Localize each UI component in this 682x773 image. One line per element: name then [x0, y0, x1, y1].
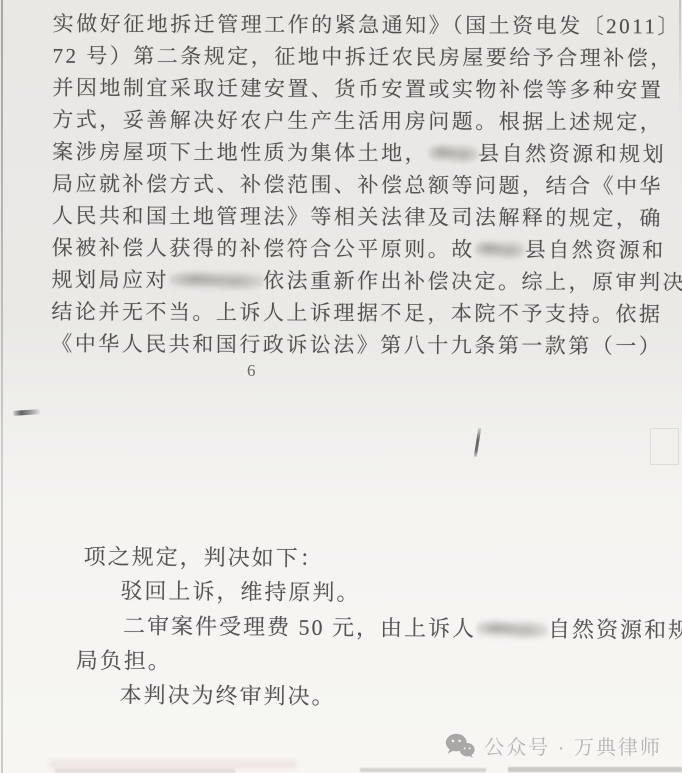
text-run: 本判决为终审判决。 — [119, 682, 335, 709]
text-run: 驳回上诉，维持原判。 — [120, 578, 360, 605]
scan-bottom-edge-segment — [508, 767, 682, 772]
document-line: 局负担。 — [76, 648, 172, 675]
scan-bottom-edge-segment — [55, 769, 235, 773]
text-run: 项之规定，判决如下： — [84, 544, 324, 571]
scan-artifact-smudge — [48, 760, 298, 769]
wechat-icon — [445, 733, 475, 758]
scan-bottom-edge-segment — [360, 768, 486, 772]
text-run: 自然资源和规划 — [548, 617, 682, 643]
watermark: 公众号 · 万典律师 — [445, 731, 662, 760]
redaction-smudge — [476, 619, 548, 640]
text-run: 二审案件受理费 50 元，由上诉人 — [123, 613, 476, 641]
judgment-page-7-text: 项之规定，判决如下：驳回上诉，维持原判。二审案件受理费 50 元，由上诉人自然资… — [0, 0, 682, 773]
text-run: 局负担。 — [76, 648, 172, 674]
document-line: 本判决为终审判决。 — [119, 682, 335, 710]
document-line: 项之规定，判决如下： — [84, 544, 324, 572]
watermark-label: 公众号 · 万典律师 — [484, 731, 662, 760]
document-line: 二审案件受理费 50 元，由上诉人自然资源和规划 — [123, 613, 682, 644]
document-line: 驳回上诉，维持原判。 — [120, 578, 360, 606]
